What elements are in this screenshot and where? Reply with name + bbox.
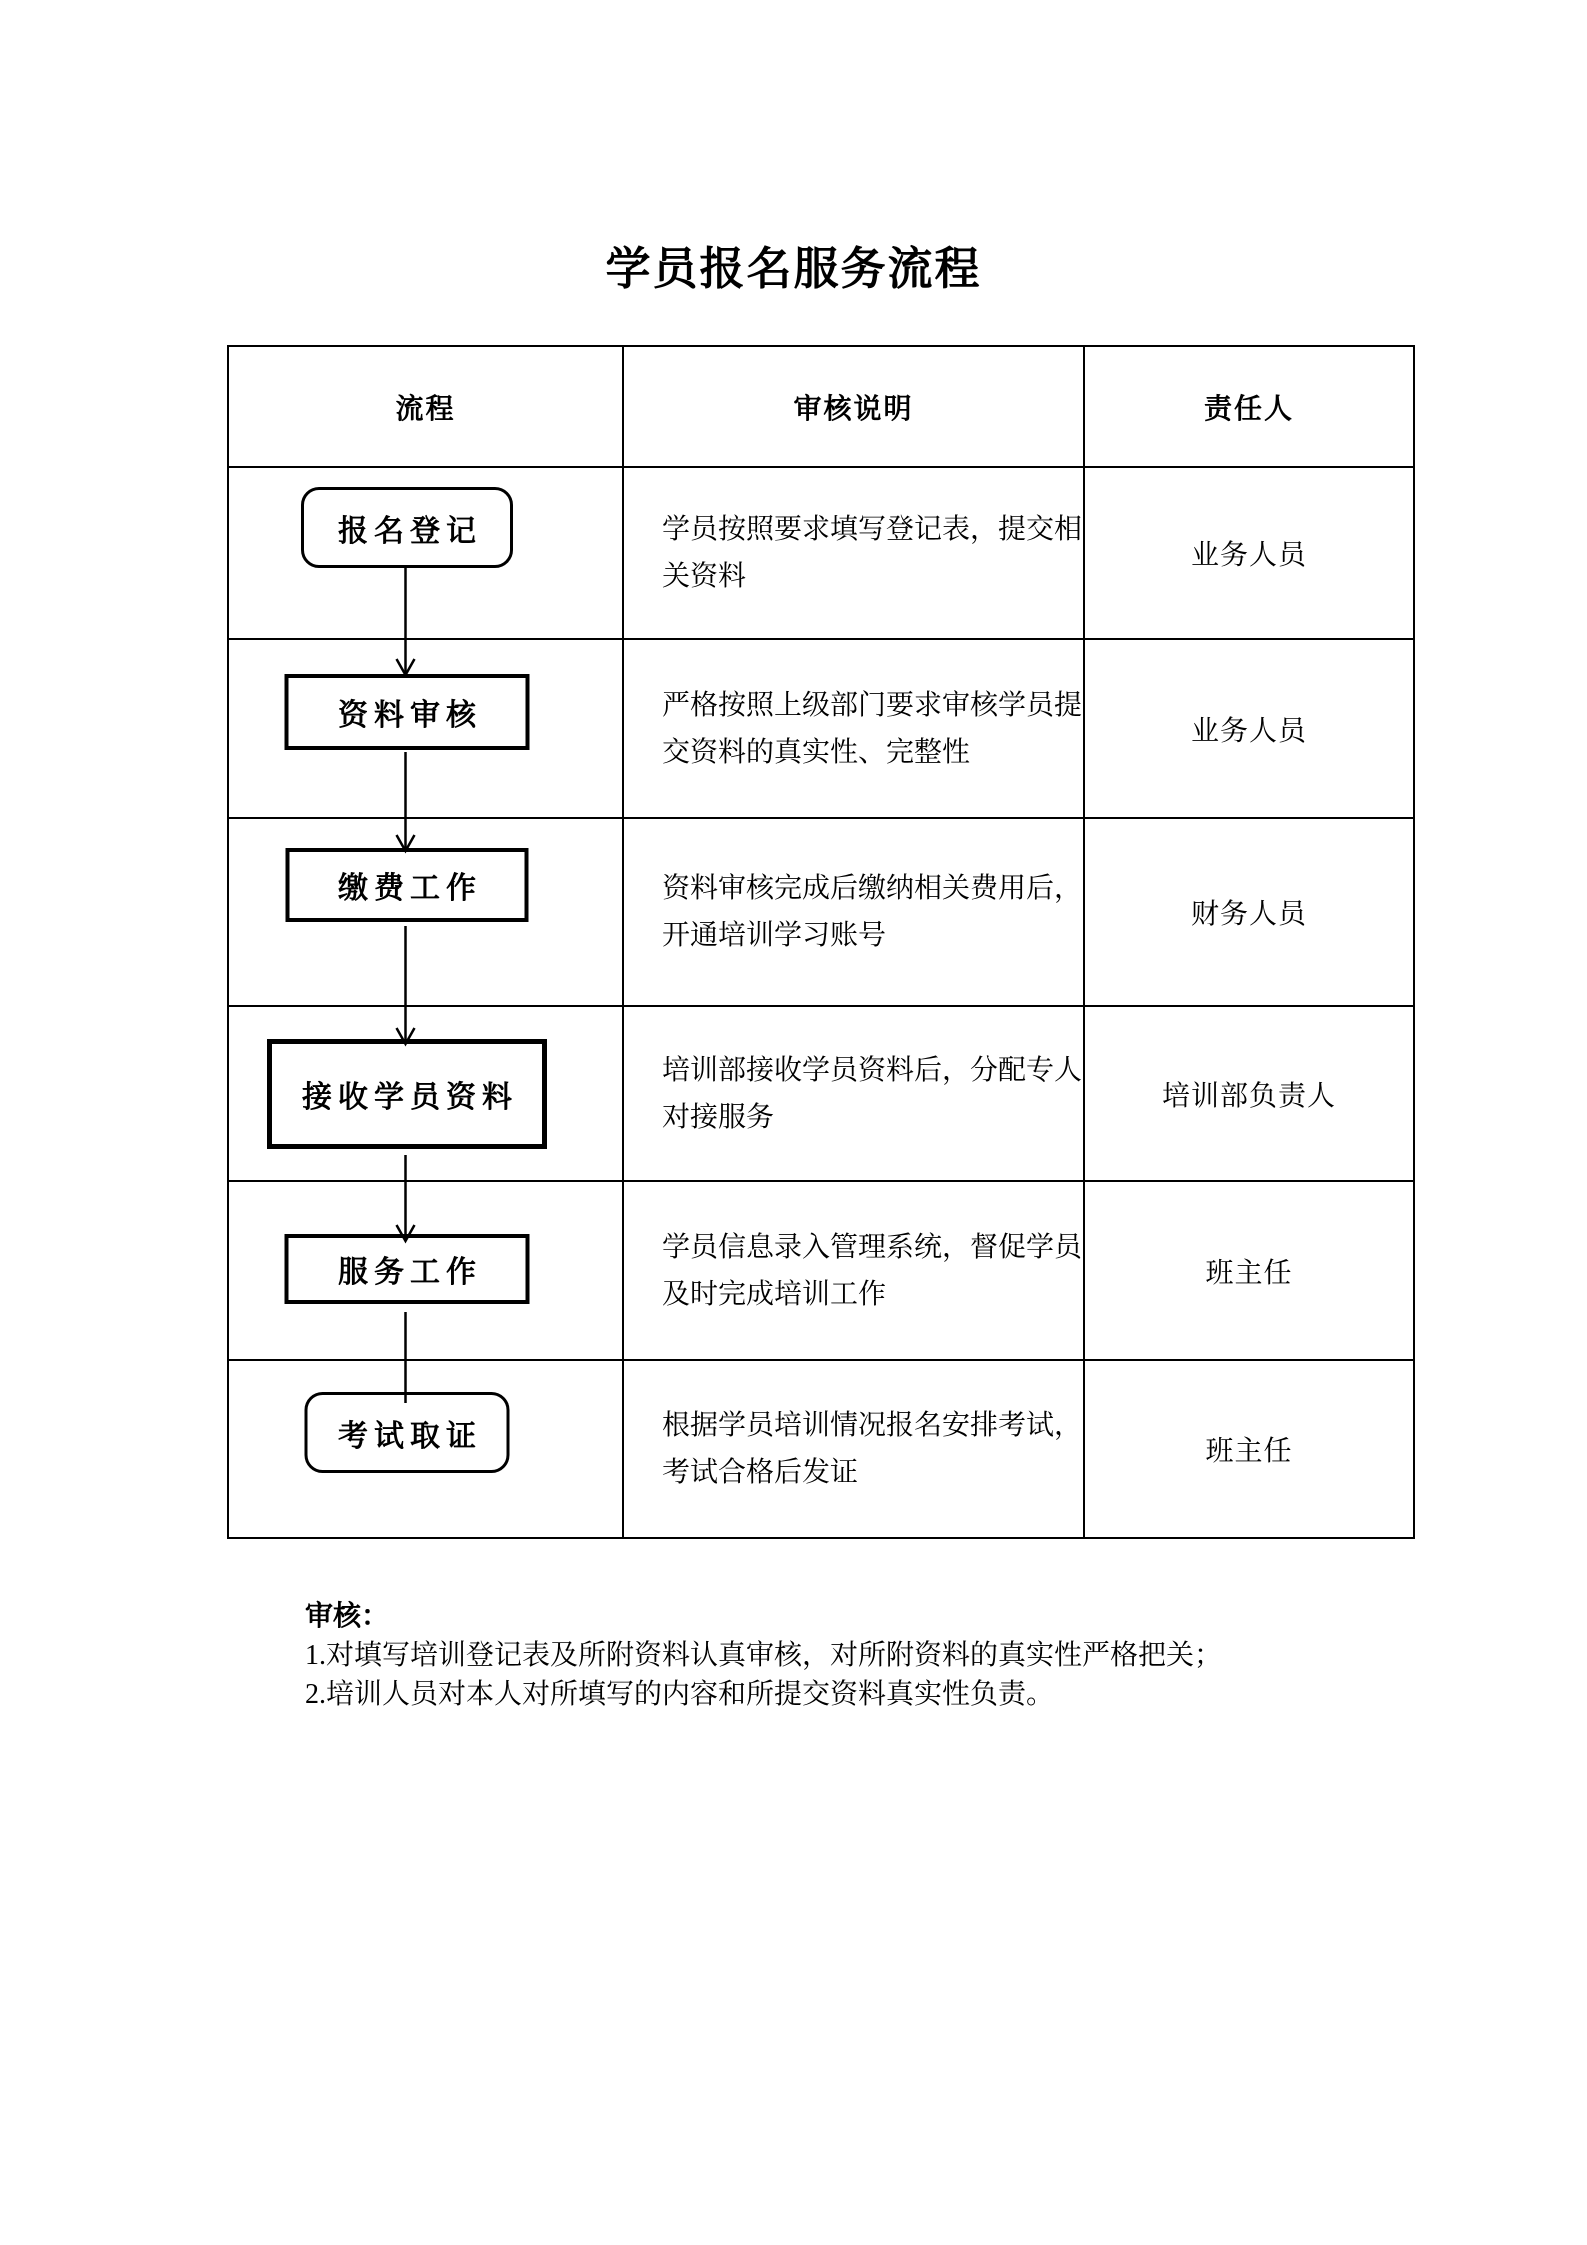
- description-text: 根据学员培训情况报名安排考试，考试合格后发证: [662, 1402, 1092, 1496]
- notes-item-2: 2.培训人员对本人对所填写的内容和所提交资料真实性负责。: [305, 1675, 1425, 1714]
- flow-box-label: 考试取证: [332, 1411, 482, 1455]
- description-text: 资料审核完成后缴纳相关费用后，开通培训学习账号: [662, 865, 1092, 959]
- process-table: 流程 审核说明 责任人 报名登记 学员按照要求填写登记表，提交相关资料 业务人员: [227, 345, 1415, 1539]
- table-row: 资料审核 严格按照上级部门要求审核学员提交资料的真实性、完整性 业务人员: [228, 639, 1414, 818]
- owner-cell: 班主任: [1084, 1181, 1414, 1360]
- flow-box-receive-materials: 接收学员资料: [267, 1039, 547, 1149]
- flow-box-service: 服务工作: [285, 1234, 530, 1304]
- table-row: 缴费工作 资料审核完成后缴纳相关费用后，开通培训学习账号 财务人员: [228, 818, 1414, 1006]
- notes-item-1: 1.对填写培训登记表及所附资料认真审核，对所附资料的真实性严格把关；: [305, 1636, 1425, 1675]
- flow-cell: 接收学员资料: [228, 1006, 623, 1181]
- table-header-row: 流程 审核说明 责任人: [228, 346, 1414, 467]
- owner-cell: 业务人员: [1084, 639, 1414, 818]
- flow-box-label: 服务工作: [332, 1247, 482, 1291]
- col-header-owner: 责任人: [1084, 346, 1414, 467]
- flow-box-label: 缴费工作: [332, 863, 482, 907]
- owner-cell: 业务人员: [1084, 467, 1414, 639]
- description-cell: 学员信息录入管理系统，督促学员及时完成培训工作: [623, 1181, 1084, 1360]
- flow-box-label: 接收学员资料: [296, 1072, 518, 1116]
- document-page: 学员报名服务流程 流程 审核说明 责任人 报名登记 学员按照要求填写: [0, 0, 1587, 2245]
- notes-heading: 审核：: [305, 1597, 1425, 1636]
- flow-box-exam-certificate: 考试取证: [305, 1392, 510, 1473]
- description-cell: 严格按照上级部门要求审核学员提交资料的真实性、完整性: [623, 639, 1084, 818]
- flow-cell: 资料审核: [228, 639, 623, 818]
- flow-box-registration: 报名登记: [301, 487, 513, 568]
- table-row: 报名登记 学员按照要求填写登记表，提交相关资料 业务人员: [228, 467, 1414, 639]
- page-title: 学员报名服务流程: [0, 236, 1587, 302]
- table-row: 服务工作 学员信息录入管理系统，督促学员及时完成培训工作 班主任: [228, 1181, 1414, 1360]
- flow-cell: 报名登记: [228, 467, 623, 639]
- flow-cell: 缴费工作: [228, 818, 623, 1006]
- table-row: 接收学员资料 培训部接收学员资料后，分配专人对接服务 培训部负责人: [228, 1006, 1414, 1181]
- description-cell: 学员按照要求填写登记表，提交相关资料: [623, 467, 1084, 639]
- description-text: 学员信息录入管理系统，督促学员及时完成培训工作: [662, 1224, 1092, 1318]
- owner-cell: 班主任: [1084, 1360, 1414, 1538]
- description-cell: 资料审核完成后缴纳相关费用后，开通培训学习账号: [623, 818, 1084, 1006]
- flow-box-label: 资料审核: [332, 690, 482, 734]
- table-row: 考试取证 根据学员培训情况报名安排考试，考试合格后发证 班主任: [228, 1360, 1414, 1538]
- flow-cell: 服务工作: [228, 1181, 623, 1360]
- description-text: 培训部接收学员资料后，分配专人对接服务: [662, 1047, 1092, 1141]
- flow-box-payment: 缴费工作: [286, 848, 529, 922]
- col-header-description: 审核说明: [623, 346, 1084, 467]
- description-text: 严格按照上级部门要求审核学员提交资料的真实性、完整性: [662, 682, 1092, 776]
- flow-cell: 考试取证: [228, 1360, 623, 1538]
- description-cell: 根据学员培训情况报名安排考试，考试合格后发证: [623, 1360, 1084, 1538]
- owner-cell: 财务人员: [1084, 818, 1414, 1006]
- review-notes: 审核： 1.对填写培训登记表及所附资料认真审核，对所附资料的真实性严格把关； 2…: [305, 1597, 1425, 1714]
- description-text: 学员按照要求填写登记表，提交相关资料: [662, 506, 1092, 600]
- flow-box-material-review: 资料审核: [285, 674, 530, 750]
- col-header-process: 流程: [228, 346, 623, 467]
- flow-box-label: 报名登记: [332, 506, 482, 550]
- owner-cell: 培训部负责人: [1084, 1006, 1414, 1181]
- description-cell: 培训部接收学员资料后，分配专人对接服务: [623, 1006, 1084, 1181]
